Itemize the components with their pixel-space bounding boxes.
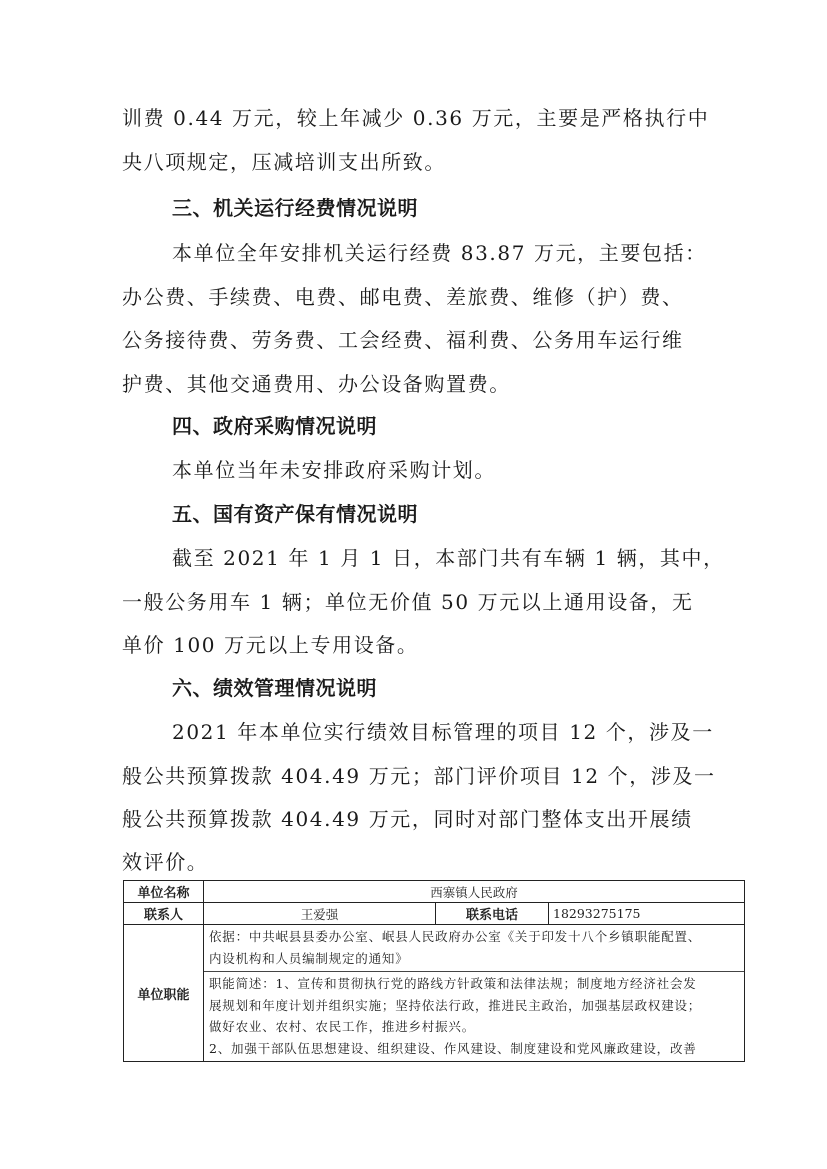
paragraph-assets-line1: 截至 2021 年 1 月 1 日，本部门共有车辆 1 辆，其中， <box>172 546 725 570</box>
table-row-contact: 联系人 王爱强 联系电话 18293275175 <box>124 903 745 925</box>
unit-name-label: 单位名称 <box>124 881 204 903</box>
duty-desc-line1: 职能简述：1、宣传和贯彻执行党的路线方针政策和法律法规；制度地方经济社会发 <box>209 973 739 995</box>
section-heading-assets: 五、国有资产保有情况说明 <box>172 502 418 526</box>
duty-content: 依据：中共岷县县委办公室、岷县人民政府办公室《关于印发十八个乡镇职能配置、 内设… <box>204 925 745 1062</box>
section-heading-operating-expenses: 三、机关运行经费情况说明 <box>172 196 418 220</box>
paragraph-operating-line1: 本单位全年安排机关运行经费 83.87 万元，主要包括： <box>172 241 707 265</box>
duty-description: 职能简述：1、宣传和贯彻执行党的路线方针政策和法律法规；制度地方经济社会发 展规… <box>204 971 744 1061</box>
paragraph-training-line1: 训费 0.44 万元，较上年减少 0.36 万元，主要是严格执行中 <box>122 106 709 130</box>
duty-label: 单位职能 <box>124 925 204 1062</box>
paragraph-assets-line2: 一般公务用车 1 辆；单位无价值 50 万元以上通用设备，无 <box>122 590 694 614</box>
duty-desc-line2: 展规划和年度计划并组织实施；坚持依法行政，推进民主政治，加强基层政权建设； <box>209 995 739 1017</box>
contact-label: 联系人 <box>124 903 204 925</box>
paragraph-performance-line4: 效评价。 <box>122 850 208 874</box>
table-row-unit-name: 单位名称 西寨镇人民政府 <box>124 881 745 903</box>
paragraph-operating-line4: 护费、其他交通费用、办公设备购置费。 <box>122 372 511 396</box>
table-row-duties: 单位职能 依据：中共岷县县委办公室、岷县人民政府办公室《关于印发十八个乡镇职能配… <box>124 925 745 1062</box>
duty-basis-line2: 内设机构和人员编制规定的通知》 <box>209 948 739 970</box>
paragraph-assets-line3: 单价 100 万元以上专用设备。 <box>122 633 419 657</box>
paragraph-performance-line3: 般公共预算拨款 404.49 万元，同时对部门整体支出开展绩 <box>122 807 693 831</box>
contact-value: 王爱强 <box>204 903 436 925</box>
paragraph-operating-line2: 办公费、手续费、电费、邮电费、差旅费、维修（护）费、 <box>122 285 684 309</box>
duty-basis-line1: 依据：中共岷县县委办公室、岷县人民政府办公室《关于印发十八个乡镇职能配置、 <box>209 926 739 948</box>
unit-name-value: 西寨镇人民政府 <box>204 881 745 903</box>
document-page: 训费 0.44 万元，较上年减少 0.36 万元，主要是严格执行中 央八项规定，… <box>0 0 827 1169</box>
phone-label: 联系电话 <box>436 903 549 925</box>
duty-desc-line3: 做好农业、农村、农民工作，推进乡村振兴。 <box>209 1016 739 1038</box>
section-heading-performance: 六、绩效管理情况说明 <box>172 676 377 700</box>
paragraph-operating-line3: 公务接待费、劳务费、工会经费、福利费、公务用车运行维 <box>122 328 684 352</box>
duty-basis: 依据：中共岷县县委办公室、岷县人民政府办公室《关于印发十八个乡镇职能配置、 内设… <box>204 925 744 971</box>
paragraph-procurement-line1: 本单位当年未安排政府采购计划。 <box>172 458 496 482</box>
section-heading-procurement: 四、政府采购情况说明 <box>172 414 377 438</box>
paragraph-performance-line2: 般公共预算拨款 404.49 万元；部门评价项目 12 个，涉及一 <box>122 764 716 788</box>
unit-info-table: 单位名称 西寨镇人民政府 联系人 王爱强 联系电话 18293275175 单位… <box>123 880 745 1062</box>
phone-value: 18293275175 <box>549 903 745 925</box>
duty-desc-line4: 2、加强干部队伍思想建设、组织建设、作风建设、制度建设和党风廉政建设，改善 <box>209 1038 739 1060</box>
paragraph-training-line2: 央八项规定，压减培训支出所致。 <box>122 150 446 174</box>
paragraph-performance-line1: 2021 年本单位实行绩效目标管理的项目 12 个，涉及一 <box>172 720 714 744</box>
